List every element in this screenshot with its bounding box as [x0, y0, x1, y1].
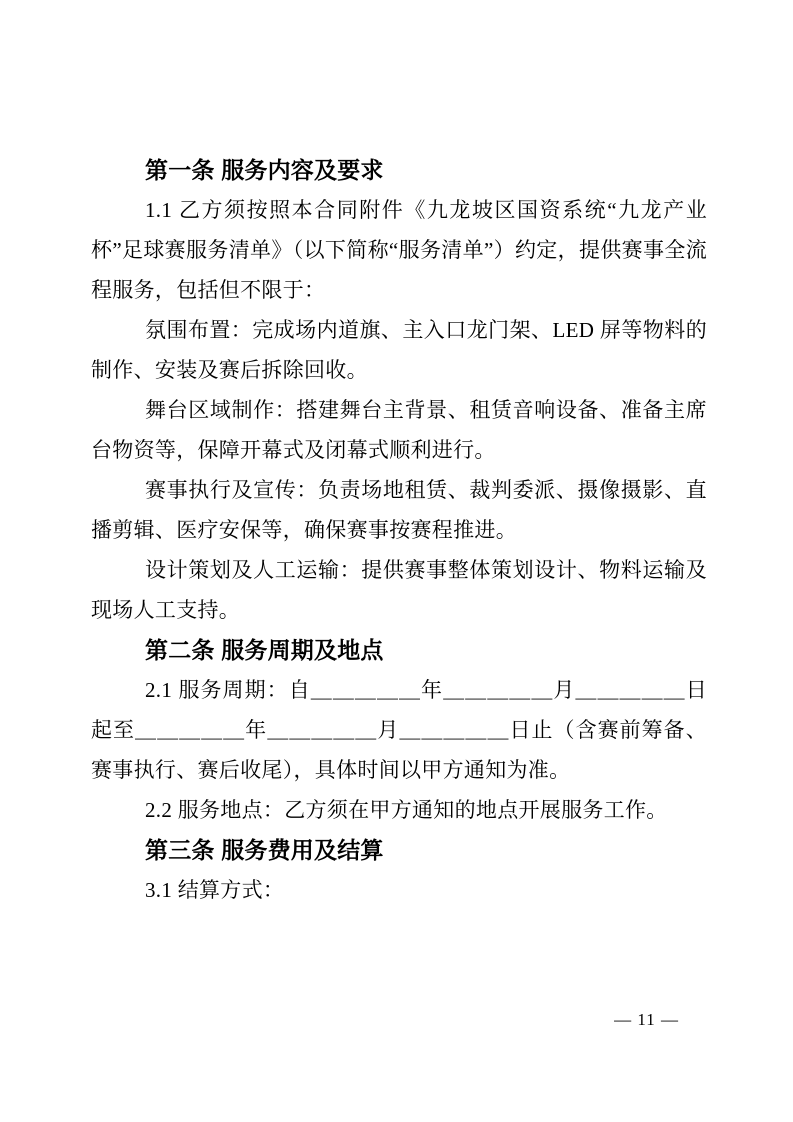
clause-3-1-settlement-method: 3.1 结算方式： — [91, 870, 707, 910]
clause-atmosphere-setup: 氛围布置：完成场内道旗、主入口龙门架、LED 屏等物料的制作、安装及赛后拆除回收… — [91, 310, 707, 390]
clause-2-1-service-period: 2.1 服务周期：自＿＿＿＿＿年＿＿＿＿＿月＿＿＿＿＿日起至＿＿＿＿＿年＿＿＿＿… — [91, 670, 707, 790]
article-1-heading: 第一条 服务内容及要求 — [91, 150, 707, 190]
contract-document-page: 第一条 服务内容及要求 1.1 乙方须按照本合同附件《九龙坡区国资系统“九龙产业… — [0, 0, 793, 1122]
page-number: — 11 — — [614, 1008, 679, 1032]
article-3-heading: 第三条 服务费用及结算 — [91, 830, 707, 870]
clause-design-logistics: 设计策划及人工运输：提供赛事整体策划设计、物料运输及现场人工支持。 — [91, 550, 707, 630]
clause-2-2-service-location: 2.2 服务地点：乙方须在甲方通知的地点开展服务工作。 — [91, 790, 707, 830]
document-body: 第一条 服务内容及要求 1.1 乙方须按照本合同附件《九龙坡区国资系统“九龙产业… — [91, 150, 707, 910]
article-2-heading: 第二条 服务周期及地点 — [91, 630, 707, 670]
clause-1-1-scope: 1.1 乙方须按照本合同附件《九龙坡区国资系统“九龙产业杯”足球赛服务清单》（以… — [91, 190, 707, 310]
clause-event-execution: 赛事执行及宣传：负责场地租赁、裁判委派、摄像摄影、直播剪辑、医疗安保等，确保赛事… — [91, 470, 707, 550]
clause-stage-production: 舞台区域制作：搭建舞台主背景、租赁音响设备、准备主席台物资等，保障开幕式及闭幕式… — [91, 390, 707, 470]
